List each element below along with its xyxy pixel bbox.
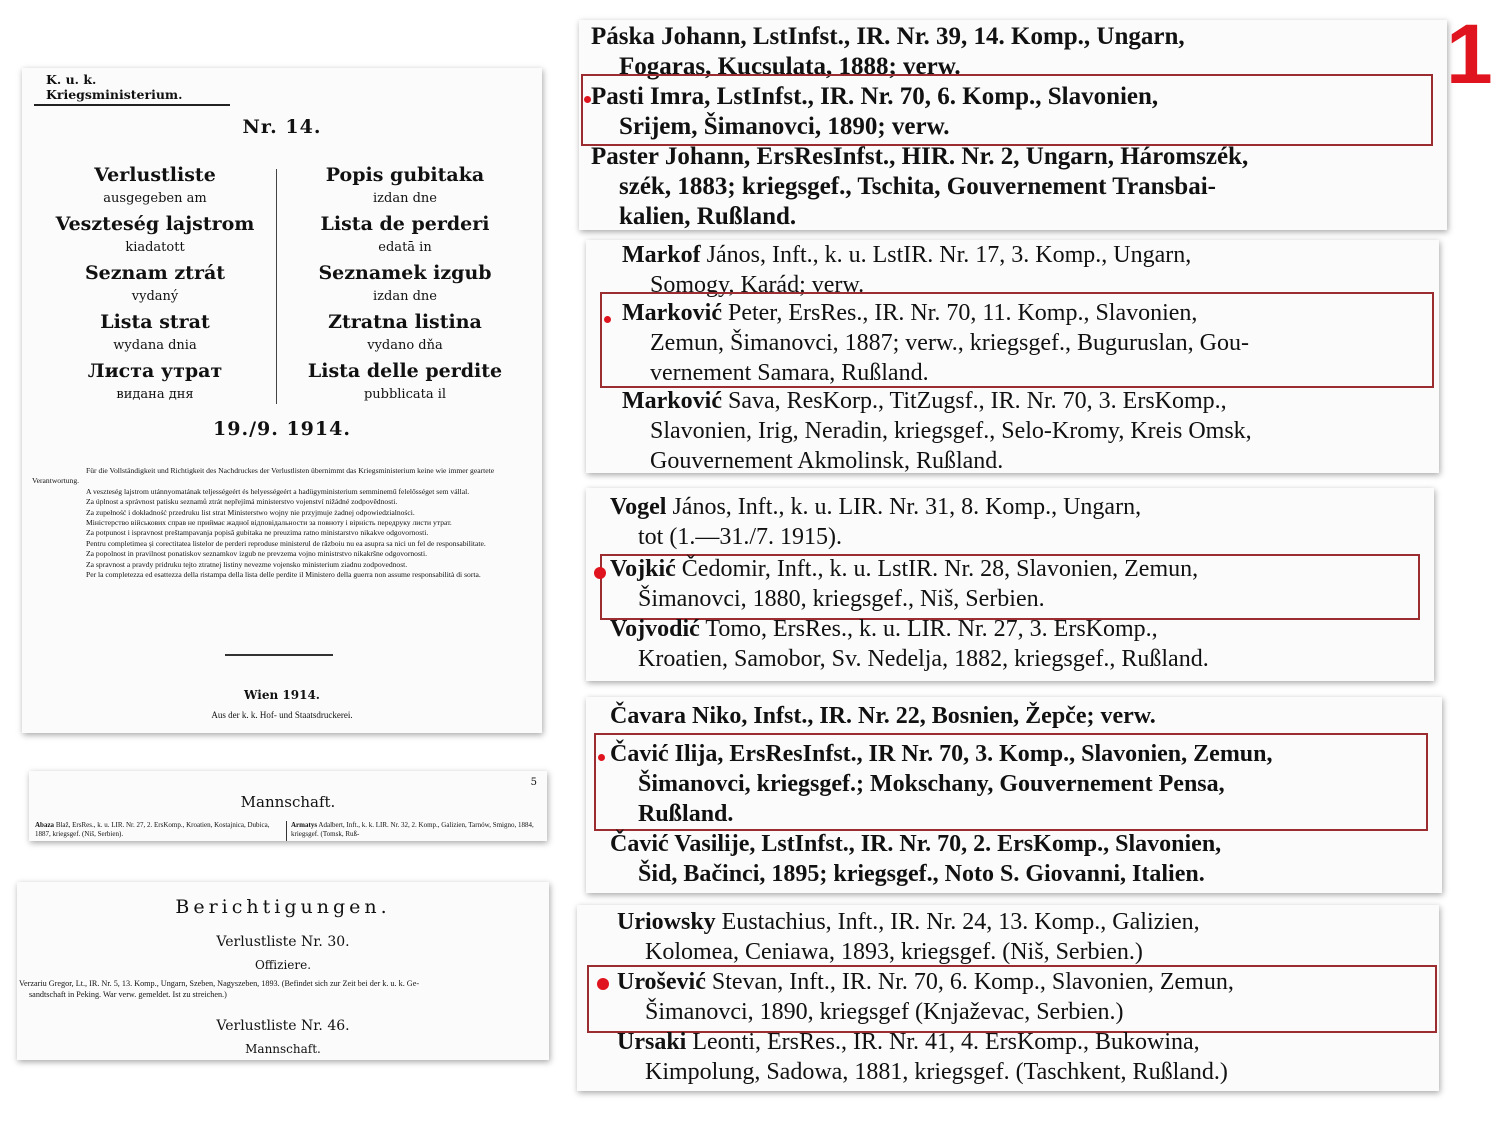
title-sub: vydano dňa [280,334,530,359]
disclaimer: A veszteség lajstrom utánnyomatának telj… [32,487,532,497]
casualty-clipping-3: Vogel János, Inft., k. u. LIR. Nr. 31, 8… [586,488,1434,681]
entry-text: Blaž, ErsRes., k. u. LIR. Nr. 27, 2. Ers… [35,821,269,838]
title-heading: Popis gubitaka [280,163,530,187]
entry-after: Vojvodić Tomo, ErsRes., k. u. LIR. Nr. 2… [610,614,1434,674]
title-heading: Лиcтa утрат [30,359,280,383]
corrections-title: Berichtigungen. [17,896,549,918]
entry-highlighted: Urošević Stevan, Inft., IR. Nr. 70, 6. K… [617,967,1439,1027]
entry-highlighted: Vojkić Čedomir, Inft., k. u. LstIR. Nr. … [610,554,1434,614]
marker-dot [594,567,606,579]
entry-highlighted: Čavić Ilija, ErsResInfst., IR Nr. 70, 3.… [610,739,1442,829]
disclaimer: Za spravnost a pravdy pridruku tejto ztr… [32,560,532,570]
disclaimer: Міністерство військових справ не приймає… [32,518,532,528]
title-heading: Ztratna listina [280,310,530,334]
list-heading: Verlustliste Nr. 46. [17,1018,549,1034]
entry-before: Vogel János, Inft., k. u. LIR. Nr. 31, 8… [610,492,1434,552]
marker-dot [598,754,605,761]
title-sub: ausgegeben am [30,187,280,212]
entry-right: Armatys Adalbert, Inft., k. k. LIR. Nr. … [291,821,541,839]
entry-before: Markof János, Inft., k. u. LstIR. Nr. 17… [622,240,1439,300]
entry-name: Abaza [35,821,54,829]
issue-date: 19./9. 1914. [22,418,542,440]
title-sub: vydaný [30,285,280,310]
mannschaft-clipping: 5 Mannschaft. Abaza Blaž, ErsRes., k. u.… [29,771,547,841]
casualty-clipping-1: Páska Johann, LstInfst., IR. Nr. 39, 14.… [579,20,1447,230]
title-page-clipping: K. u. k. Kriegsministerium. Nr. 14. Verl… [22,68,542,733]
entry-highlighted: Pasti Imra, LstInfst., IR. Nr. 70, 6. Ko… [591,82,1447,142]
title-heading: Lista delle perdite [280,359,530,383]
entry-name: Armatys [291,821,317,829]
list-section: Mannschaft. [17,1042,549,1056]
title-heading: Verlustliste [30,163,280,187]
title-heading: Seznam ztrát [30,261,280,285]
entry-after: Ursaki Leonti, ErsRes., IR. Nr. 41, 4. E… [617,1027,1439,1087]
disclaimer: Za popolnost in pravilnost ponatiskov se… [32,549,532,559]
title-sub: edatā in [280,236,530,261]
disclaimer: Per la completezza ed esattezza della ri… [32,570,532,580]
title-column-right: Popis gubitaka izdan dne Lista de perder… [280,163,530,408]
marker-dot [584,96,591,103]
list-section: Offiziere. [17,958,549,972]
ministry-header: K. u. k. Kriegsministerium. [34,72,230,106]
section-heading: Mannschaft. [29,793,547,811]
entry-before: Čavara Niko, Infst., IR. Nr. 22, Bosnien… [610,701,1442,731]
title-sub: pubblicata il [280,383,530,408]
title-sub: izdan dne [280,187,530,212]
title-column-left: Verlustliste ausgegeben am Veszteség laj… [30,163,280,408]
marker-dot [604,316,611,323]
title-sub: izdan dne [280,285,530,310]
entry-after: Marković Sava, ResKorp., TitZugsf., IR. … [622,386,1439,473]
entry-line: sandtschaft in Peking. War verw. gemelde… [19,989,543,1000]
entry-after: Čavić Vasilije, LstInfst., IR. Nr. 70, 2… [610,829,1442,889]
disclaimers: Für die Vollständigkeit und Richtigkeit … [32,466,532,580]
casualty-clipping-4: Čavara Niko, Infst., IR. Nr. 22, Bosnien… [586,697,1442,893]
horizontal-rule [225,654,333,656]
disclaimer: Za potpunost i ispravnost preštampavanja… [32,528,532,538]
column-divider [276,169,277,404]
title-heading: Veszteség lajstrom [30,212,280,236]
entry-highlighted: Marković Peter, ErsRes., IR. Nr. 70, 11.… [622,298,1439,388]
disclaimer: Za zupełność i dokładność przedruku list… [32,508,532,518]
figure-number-marker: 1 [1446,12,1493,96]
entry-text: Adalbert, Inft., k. k. LIR. Nr. 32, 2. K… [291,821,534,838]
column-divider [286,821,287,841]
entry-after: Paster Johann, ErsResInfst., HIR. Nr. 2,… [591,142,1447,230]
printer-line: Aus der k. k. Hof- und Staatsdruckerei. [22,710,542,720]
casualty-clipping-5: Uriowsky Eustachius, Inft., IR. Nr. 24, … [577,905,1439,1091]
list-heading: Verlustliste Nr. 30. [17,934,549,950]
title-sub: wydana dnia [30,334,280,359]
title-sub: kiadatott [30,236,280,261]
place-year: Wien 1914. [22,688,542,702]
title-columns: Verlustliste ausgegeben am Veszteség laj… [22,163,542,408]
casualty-clipping-2: Markof János, Inft., k. u. LstIR. Nr. 17… [586,240,1439,473]
entry-before: Uriowsky Eustachius, Inft., IR. Nr. 24, … [617,907,1439,967]
title-sub: видана дня [30,383,280,408]
title-heading: Lista de perderi [280,212,530,236]
corrections-clipping: Berichtigungen. Verlustliste Nr. 30. Off… [17,882,549,1060]
issue-number: Nr. 14. [22,116,542,138]
entry-before: Páska Johann, LstInfst., IR. Nr. 39, 14.… [591,22,1447,82]
marker-dot [597,978,609,990]
correction-entry: Verzariu Gregor, Lt., IR. Nr. 5, 13. Kom… [19,978,543,1000]
title-heading: Lista strat [30,310,280,334]
disclaimer: Za úplnost a správnost patisku seznamů z… [32,497,532,507]
entry-line: Verzariu Gregor, Lt., IR. Nr. 5, 13. Kom… [19,979,419,988]
page-number: 5 [531,777,537,788]
title-heading: Seznamek izgub [280,261,530,285]
disclaimer: Pentru completimea și corectitatea liste… [32,539,532,549]
disclaimer: Für die Vollständigkeit und Richtigkeit … [32,466,532,487]
entry-left: Abaza Blaž, ErsRes., k. u. LIR. Nr. 27, … [35,821,285,839]
